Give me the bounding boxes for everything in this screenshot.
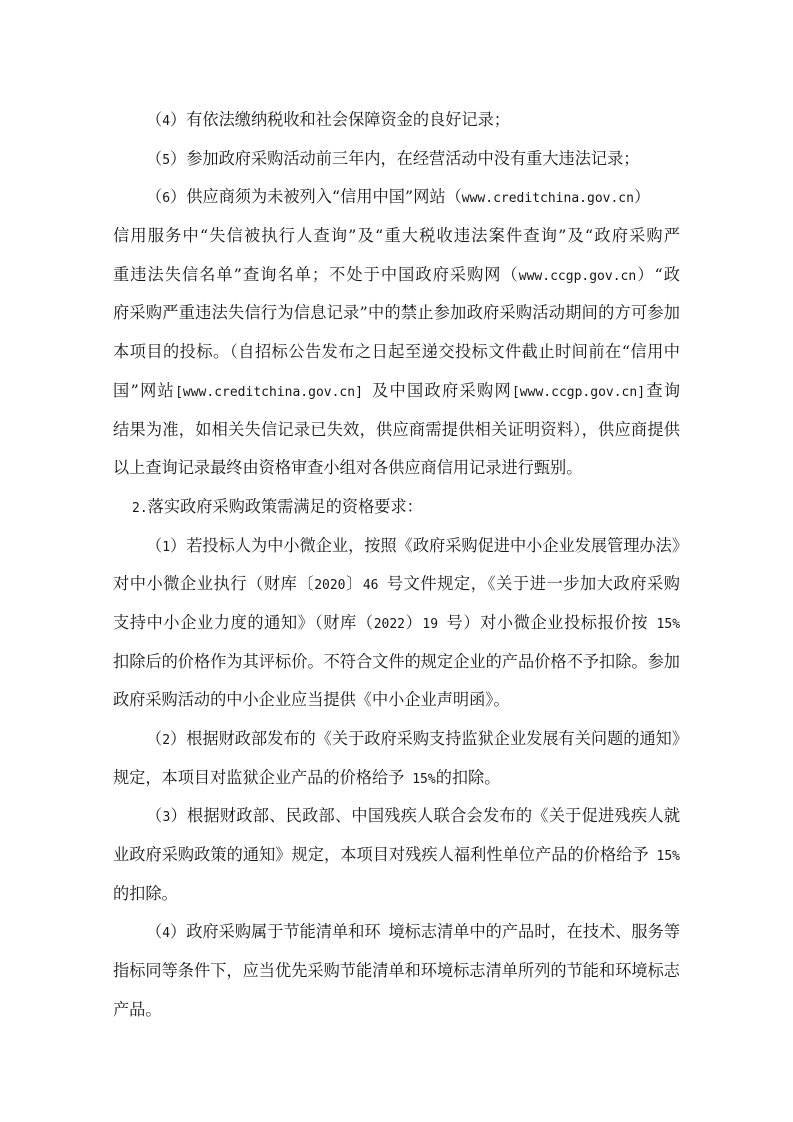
qualification-clause-6-line-8: 以上查询记录最终由资格审查小组对各供应商信用记录进行甄别。 — [113, 449, 680, 488]
document-page: （4）有依法缴纳税收和社会保障资金的良好记录；（5）参加政府采购活动前三年内，在… — [0, 0, 793, 1122]
qualification-clause-5-line-1: （5）参加政府采购活动前三年内，在经营活动中没有重大违法记录； — [113, 140, 680, 179]
policy-clause-3-line-2: 业政府采购政策的通知》规定，本项目对残疾人福利性单位产品的价格给予 15% — [113, 836, 680, 875]
latin-text-run: 3 — [162, 810, 170, 825]
policy-clause-1-line-5: 政府采购活动的中小企业应当提供《中小企业声明函》。 — [113, 681, 680, 720]
latin-text-run: 1 — [162, 540, 170, 555]
qualification-clause-6-line-6: 国”网站[www.creditchina.gov.cn] 及中国政府采购网[ww… — [113, 372, 680, 411]
policy-clause-2-line-2: 规定，本项目对监狱企业产品的价格给予 15%的扣除。 — [113, 759, 680, 798]
latin-text-run: 2022 — [374, 617, 405, 632]
policy-clause-4-line-1: （4）政府采购属于节能清单和环 境标志清单中的产品时，在技术、服务等 — [113, 913, 680, 952]
qualification-clause-6: （6）供应商须为未被列入“信用中国”网站（www.creditchina.gov… — [113, 178, 680, 488]
qualification-clause-6-line-4: 府采购严重违法失信行为信息记录”中的禁止参加政府采购活动期间的方可参加 — [113, 294, 680, 333]
policy-clause-3: （3）根据财政部、民政部、中国残疾人联合会发布的《关于促进残疾人就业政府采购政策… — [113, 797, 680, 913]
latin-text-run: www.ccgp.gov.cn — [519, 269, 636, 284]
policy-clause-1-line-4: 扣除后的价格作为其评标价。不符合文件的规定企业的产品价格不予扣除。参加 — [113, 643, 680, 682]
policy-clause-2-line-1: （2）根据财政部发布的《关于政府采购支持监狱企业发展有关问题的通知》 — [113, 720, 680, 759]
policy-clause-1-line-3: 支持中小企业力度的通知》（财库（2022）19 号）对小微企业投标报价按 15% — [113, 604, 680, 643]
latin-text-run: 19 — [422, 617, 446, 632]
latin-text-run: [www.ccgp.gov.cn] — [512, 385, 645, 400]
qualification-clause-4: （4）有依法缴纳税收和社会保障资金的良好记录； — [113, 101, 680, 140]
latin-text-run: www.creditchina.gov.cn — [462, 191, 634, 206]
qualification-clause-6-line-2: 信用服务中“失信被执行人查询”及“重大税收违法案件查询”及“政府采购严 — [113, 217, 680, 256]
policy-clause-1: （1）若投标人为中小微企业，按照《政府采购促进中小企业发展管理办法》对中小微企业… — [113, 527, 680, 720]
policy-clause-4-line-3: 产品。 — [113, 991, 680, 1030]
policy-clause-1-line-2: 对中小微企业执行（财库〔2020〕46 号文件规定，《关于进一步加大政府采购 — [113, 565, 680, 604]
policy-clause-2: （2）根据财政部发布的《关于政府采购支持监狱企业发展有关问题的通知》规定，本项目… — [113, 720, 680, 797]
latin-text-run: 46 — [363, 578, 387, 593]
document-body: （4）有依法缴纳税收和社会保障资金的良好记录；（5）参加政府采购活动前三年内，在… — [113, 101, 680, 1030]
latin-text-run: 2020 — [314, 578, 345, 593]
latin-text-run: 15% — [648, 617, 680, 632]
latin-text-run: 6 — [162, 191, 170, 206]
section-2-heading-line-1: 2.落实政府采购政策需满足的资格要求： — [113, 488, 680, 527]
policy-clause-3-line-1: （3）根据财政部、民政部、中国残疾人联合会发布的《关于促进残疾人就 — [113, 797, 680, 836]
section-2-heading: 2.落实政府采购政策需满足的资格要求： — [113, 488, 680, 527]
qualification-clause-4-line-1: （4）有依法缴纳税收和社会保障资金的良好记录； — [113, 101, 680, 140]
latin-text-run: 15% — [404, 772, 435, 787]
latin-text-run: 4 — [162, 114, 170, 129]
qualification-clause-5: （5）参加政府采购活动前三年内，在经营活动中没有重大违法记录； — [113, 140, 680, 179]
qualification-clause-6-line-7: 结果为准，如相关失信记录已失效，供应商需提供相关证明资料），供应商提供 — [113, 411, 680, 450]
qualification-clause-6-line-5: 本项目的投标。（自招标公告发布之日起至递交投标文件截止时间前在“信用中 — [113, 333, 680, 372]
policy-clause-1-line-1: （1）若投标人为中小微企业，按照《政府采购促进中小企业发展管理办法》 — [113, 527, 680, 566]
qualification-clause-6-line-3: 重违法失信名单”查询名单；不处于中国政府采购网（www.ccgp.gov.cn）… — [113, 256, 680, 295]
latin-text-run: 15% — [649, 849, 680, 864]
qualification-clause-6-line-1: （6）供应商须为未被列入“信用中国”网站（www.creditchina.gov… — [113, 178, 680, 217]
latin-text-run: 5 — [162, 153, 170, 168]
latin-text-run: 4 — [162, 926, 170, 941]
policy-clause-4-line-2: 指标同等条件下，应当优先采购节能清单和环境标志清单所列的节能和环境标志 — [113, 952, 680, 991]
policy-clause-4: （4）政府采购属于节能清单和环 境标志清单中的产品时，在技术、服务等指标同等条件… — [113, 913, 680, 1029]
latin-text-run — [381, 926, 389, 941]
latin-text-run: 2. — [132, 501, 148, 516]
latin-text-run: 2 — [162, 733, 170, 748]
latin-text-run: [www.creditchina.gov.cn] — [175, 385, 372, 400]
policy-clause-3-line-3: 的扣除。 — [113, 875, 680, 914]
